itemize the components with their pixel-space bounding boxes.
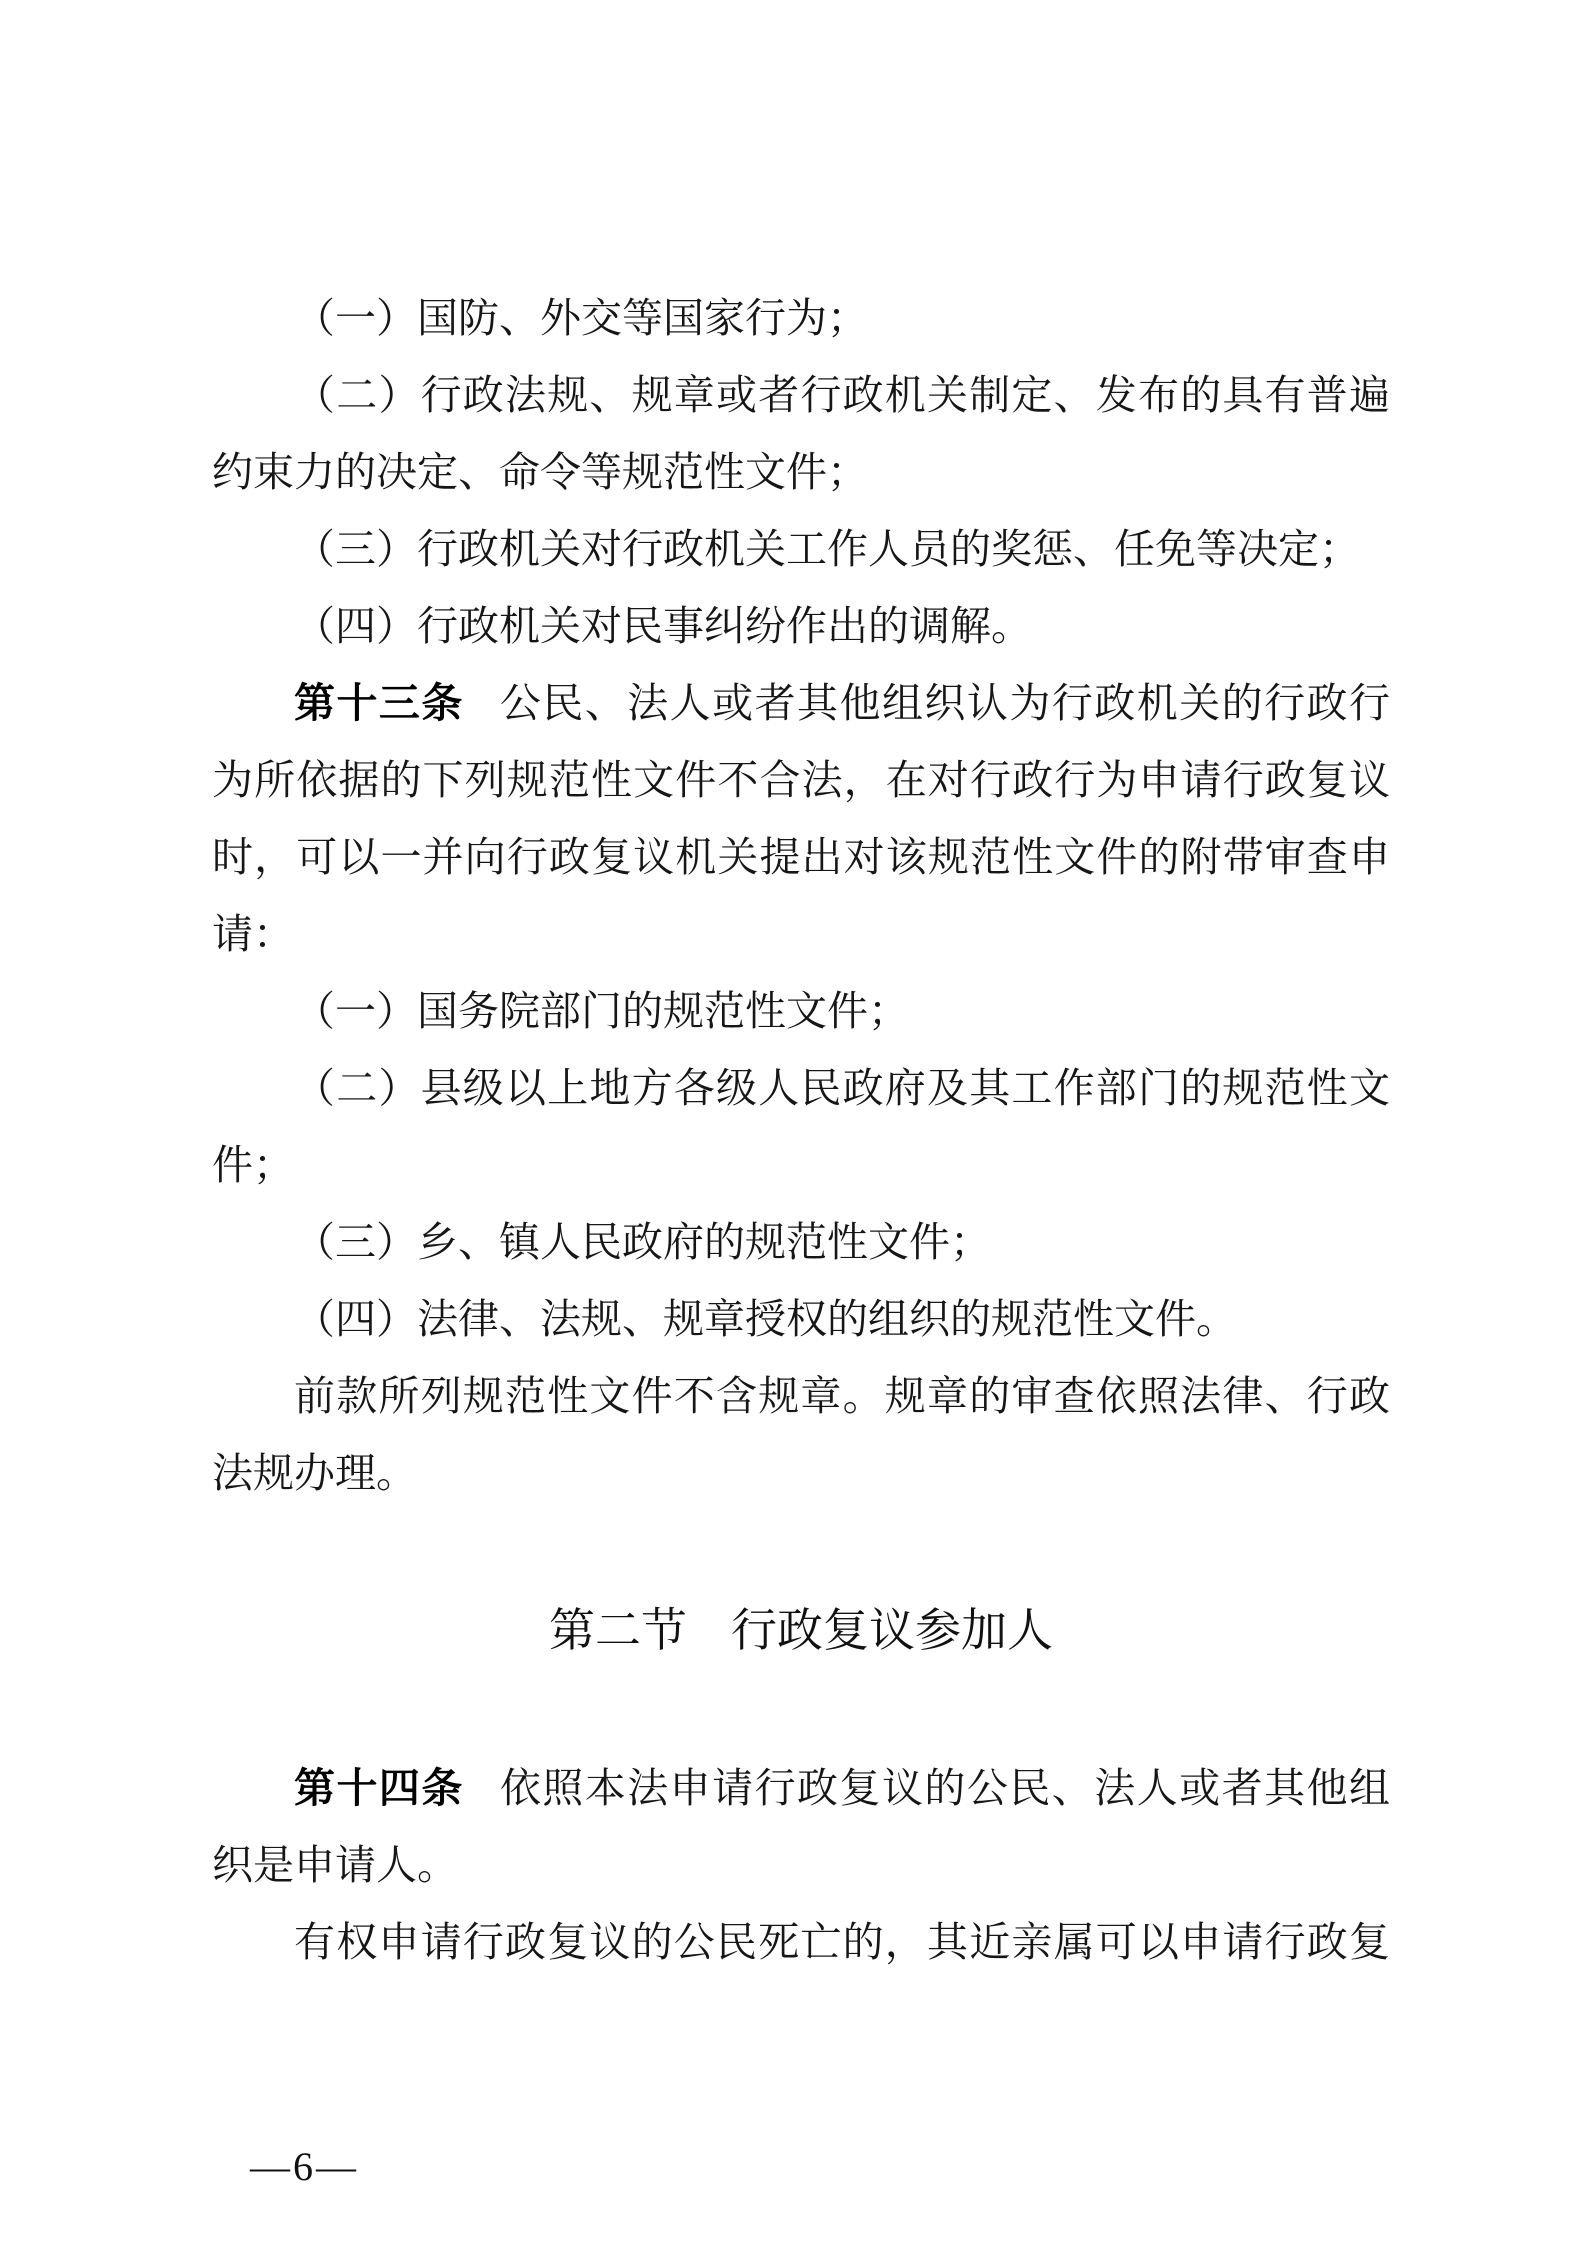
list-item: （一）国防、外交等国家行为；: [212, 280, 1390, 357]
list-item: （二）县级以上地方各级人民政府及其工作部门的规范性文: [212, 1050, 1390, 1127]
list-item: （三）乡、镇人民政府的规范性文件；: [212, 1204, 1390, 1281]
article-14-number: 第十四条: [294, 1765, 464, 1811]
body-line: 法规办理。: [212, 1435, 1390, 1512]
list-item: （四）法律、法规、规章授权的组织的规范性文件。: [212, 1281, 1390, 1358]
list-item: （二）行政法规、规章或者行政机关制定、发布的具有普遍: [212, 357, 1390, 434]
list-item: （四）行政机关对民事纠纷作出的调解。: [212, 588, 1390, 665]
section-heading-number: 第二节: [549, 1605, 687, 1656]
body-line: 前款所列规范性文件不含规章。规章的审查依照法律、行政: [212, 1358, 1390, 1435]
article-14-line: 第十四条依照本法申请行政复议的公民、法人或者其他组: [212, 1750, 1390, 1827]
body-line: 件；: [212, 1127, 1390, 1204]
list-item: （一）国务院部门的规范性文件；: [212, 973, 1390, 1050]
section-heading-title: 行政复议参加人: [731, 1605, 1053, 1656]
body-line: 有权申请行政复议的公民死亡的，其近亲属可以申请行政复: [212, 1904, 1390, 1981]
body-line: 织是申请人。: [212, 1827, 1390, 1904]
body-line: 时，可以一并向行政复议机关提出对该规范性文件的附带审查申: [212, 819, 1390, 896]
article-13-line: 第十三条公民、法人或者其他组织认为行政机关的行政行: [212, 665, 1390, 742]
body-line: 约束力的决定、命令等规范性文件；: [212, 434, 1390, 511]
document-page: （一）国防、外交等国家行为； （二）行政法规、规章或者行政机关制定、发布的具有普…: [0, 0, 1587, 2245]
article-13-text: 公民、法人或者其他组织认为行政机关的行政行: [500, 680, 1390, 726]
section-heading: 第二节行政复议参加人: [212, 1592, 1390, 1669]
document-body: （一）国防、外交等国家行为； （二）行政法规、规章或者行政机关制定、发布的具有普…: [212, 280, 1390, 1981]
page-number: —6—: [250, 2143, 359, 2191]
article-14-text: 依照本法申请行政复议的公民、法人或者其他组: [500, 1765, 1390, 1811]
body-line: 为所依据的下列规范性文件不合法，在对行政行为申请行政复议: [212, 742, 1390, 819]
body-line: 请：: [212, 896, 1390, 973]
list-item: （三）行政机关对行政机关工作人员的奖惩、任免等决定；: [212, 511, 1390, 588]
article-13-number: 第十三条: [294, 680, 464, 726]
